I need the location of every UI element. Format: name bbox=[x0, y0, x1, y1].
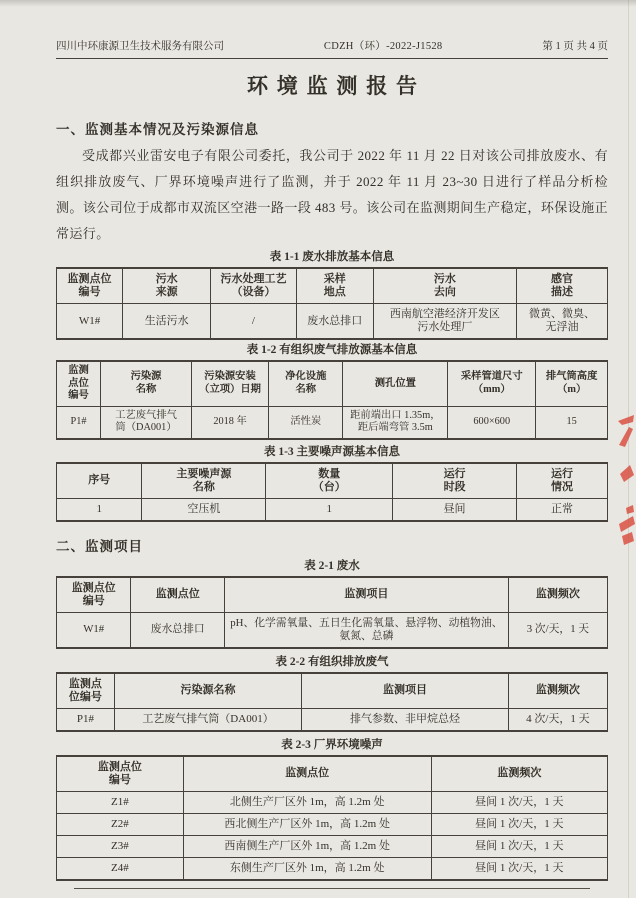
report-title: 环境监测报告 bbox=[56, 72, 608, 100]
table-wastewater-monitoring-items: 监测点位编号监测点位监测项目监测频次W1#废水总排口pH、化学需氧量、五日生化需… bbox=[56, 576, 608, 649]
column-header: 监测点位编号 bbox=[57, 268, 123, 304]
column-header: 监测频次 bbox=[508, 673, 607, 709]
table-cell: Z4# bbox=[57, 857, 184, 880]
table-cell: 排气参数、非甲烷总烃 bbox=[302, 708, 509, 731]
table-row: Z2#西北侧生产厂区外 1m，高 1.2m 处昼间 1 次/天，1 天 bbox=[57, 813, 608, 835]
column-header: 监测点位编号 bbox=[57, 756, 184, 792]
table-2-1-caption: 表 2-1 废水 bbox=[56, 559, 608, 574]
column-header: 污染源名称 bbox=[101, 361, 192, 406]
column-header: 监测点位编号 bbox=[57, 361, 101, 406]
page-header: 四川中环康源卫生技术服务有限公司 CDZH（环）-2022-J1528 第 1 … bbox=[56, 40, 608, 59]
table-cell: 1 bbox=[266, 498, 393, 521]
column-header: 监测点位 bbox=[131, 577, 225, 613]
table-row: Z4#东侧生产厂区外 1m，高 1.2m 处昼间 1 次/天，1 天 bbox=[57, 857, 608, 880]
column-header: 采样地点 bbox=[296, 268, 373, 304]
intro-paragraph: 受成都兴业雷安电子有限公司委托，我公司于 2022 年 11 月 22 日对该公… bbox=[56, 143, 608, 247]
table-cell: 西北侧生产厂区外 1m，高 1.2m 处 bbox=[183, 813, 431, 835]
table-row: W1#生活污水/废水总排口西南航空港经济开发区污水处理厂微黄、微臭、无浮油 bbox=[57, 304, 608, 340]
table-cell: P1# bbox=[57, 708, 115, 731]
header-row: 序号主要噪声源名称数量（台）运行时段运行情况 bbox=[57, 463, 608, 499]
table-organized-exhaust-source-info: 监测点位编号污染源名称污染源安装（立项）日期净化设施名称测孔位置采样管道尺寸（m… bbox=[56, 360, 608, 440]
table-cell: / bbox=[211, 304, 296, 340]
header-row: 监测点位编号污染源名称污染源安装（立项）日期净化设施名称测孔位置采样管道尺寸（m… bbox=[57, 361, 608, 406]
table-row: 1空压机1昼间正常 bbox=[57, 498, 608, 521]
table-cell: 西南侧生产厂区外 1m，高 1.2m 处 bbox=[183, 835, 431, 857]
table-exhaust-monitoring-items: 监测点位编号污染源名称监测项目监测频次P1#工艺废气排气筒（DA001）排气参数… bbox=[56, 672, 608, 732]
section-1-heading: 一、监测基本情况及污染源信息 bbox=[56, 120, 608, 139]
column-header: 污水去向 bbox=[373, 268, 516, 304]
table-cell: Z2# bbox=[57, 813, 184, 835]
table-cell: W1# bbox=[57, 304, 123, 340]
column-header: 感官描述 bbox=[517, 268, 608, 304]
table-cell: 微黄、微臭、无浮油 bbox=[517, 304, 608, 340]
table-row: P1#工艺废气排气筒（DA001）排气参数、非甲烷总烃4 次/天，1 天 bbox=[57, 708, 608, 731]
table-cell: 空压机 bbox=[142, 498, 266, 521]
table-cell: 东侧生产厂区外 1m，高 1.2m 处 bbox=[183, 857, 431, 880]
table-cell: 3 次/天，1 天 bbox=[508, 612, 607, 648]
column-header: 运行时段 bbox=[393, 463, 517, 499]
column-header: 主要噪声源名称 bbox=[142, 463, 266, 499]
column-header: 运行情况 bbox=[517, 463, 608, 499]
column-header: 污染源名称 bbox=[114, 673, 301, 709]
table-cell: 生活污水 bbox=[123, 304, 211, 340]
column-header: 监测点位编号 bbox=[57, 577, 131, 613]
header-company-name: 四川中环康源卫生技术服务有限公司 bbox=[56, 40, 224, 54]
header-page-number: 第 1 页 共 4 页 bbox=[542, 40, 608, 54]
table-cell: 活性炭 bbox=[269, 406, 343, 439]
table-row: P1#工艺废气排气筒（DA001）2018 年活性炭距前端出口 1.35m，距后… bbox=[57, 406, 608, 439]
table-cell: 正常 bbox=[517, 498, 608, 521]
table-cell: 2018 年 bbox=[191, 406, 268, 439]
document-page: 四川中环康源卫生技术服务有限公司 CDZH（环）-2022-J1528 第 1 … bbox=[0, 0, 636, 898]
column-header: 监测点位编号 bbox=[57, 673, 115, 709]
table-cell: 昼间 1 次/天，1 天 bbox=[431, 813, 607, 835]
table-cell: 工艺废气排气筒（DA001） bbox=[101, 406, 192, 439]
column-header: 污水处理工艺（设备） bbox=[211, 268, 296, 304]
column-header: 排气筒高度（m） bbox=[536, 361, 608, 406]
table-cell: pH、化学需氧量、五日生化需氧量、悬浮物、动植物油、氨氮、总磷 bbox=[225, 612, 509, 648]
table-cell: 1 bbox=[57, 498, 142, 521]
table-cell: 废水总排口 bbox=[296, 304, 373, 340]
table-cell: 距前端出口 1.35m，距后端弯管 3.5m bbox=[343, 406, 448, 439]
column-header: 数量（台） bbox=[266, 463, 393, 499]
table-1-3-caption: 表 1-3 主要噪声源基本信息 bbox=[56, 445, 608, 460]
table-cell: W1# bbox=[57, 612, 131, 648]
table-main-noise-source-info: 序号主要噪声源名称数量（台）运行时段运行情况1空压机1昼间正常 bbox=[56, 462, 608, 522]
table-boundary-noise-monitoring: 监测点位编号监测点位监测频次Z1#北侧生产厂区外 1m，高 1.2m 处昼间 1… bbox=[56, 755, 608, 881]
column-header: 净化设施名称 bbox=[269, 361, 343, 406]
column-header: 采样管道尺寸（mm） bbox=[448, 361, 536, 406]
column-header: 监测项目 bbox=[302, 673, 509, 709]
column-header: 污水来源 bbox=[123, 268, 211, 304]
table-cell: 4 次/天，1 天 bbox=[508, 708, 607, 731]
table-cell: P1# bbox=[57, 406, 101, 439]
table-cell: 昼间 1 次/天，1 天 bbox=[431, 791, 607, 813]
column-header: 污染源安装（立项）日期 bbox=[191, 361, 268, 406]
table-cell: 600×600 bbox=[448, 406, 536, 439]
table-cell: 昼间 1 次/天，1 天 bbox=[431, 835, 607, 857]
column-header: 监测点位 bbox=[183, 756, 431, 792]
table-cell: 15 bbox=[536, 406, 608, 439]
table-1-1-caption: 表 1-1 废水排放基本信息 bbox=[56, 250, 608, 265]
table-cell: 西南航空港经济开发区污水处理厂 bbox=[373, 304, 516, 340]
column-header: 监测频次 bbox=[431, 756, 607, 792]
table-wastewater-discharge-info: 监测点位编号污水来源污水处理工艺（设备）采样地点污水去向感官描述W1#生活污水/… bbox=[56, 267, 608, 340]
table-2-3-caption: 表 2-3 厂界环境噪声 bbox=[56, 738, 608, 753]
table-cell: 昼间 1 次/天，1 天 bbox=[431, 857, 607, 880]
table-2-2-caption: 表 2-2 有组织排放废气 bbox=[56, 655, 608, 670]
column-header: 测孔位置 bbox=[343, 361, 448, 406]
table-row: W1#废水总排口pH、化学需氧量、五日生化需氧量、悬浮物、动植物油、氨氮、总磷3… bbox=[57, 612, 608, 648]
column-header: 监测项目 bbox=[225, 577, 509, 613]
table-cell: 北侧生产厂区外 1m，高 1.2m 处 bbox=[183, 791, 431, 813]
header-document-number: CDZH（环）-2022-J1528 bbox=[324, 40, 443, 54]
header-row: 监测点位编号污染源名称监测项目监测频次 bbox=[57, 673, 608, 709]
table-cell: 工艺废气排气筒（DA001） bbox=[114, 708, 301, 731]
section-2-heading: 二、监测项目 bbox=[56, 537, 608, 556]
column-header: 监测频次 bbox=[508, 577, 607, 613]
header-row: 监测点位编号污水来源污水处理工艺（设备）采样地点污水去向感官描述 bbox=[57, 268, 608, 304]
table-cell: Z3# bbox=[57, 835, 184, 857]
footer-divider bbox=[74, 888, 590, 889]
table-row: Z3#西南侧生产厂区外 1m，高 1.2m 处昼间 1 次/天，1 天 bbox=[57, 835, 608, 857]
table-1-2-caption: 表 1-2 有组织废气排放源基本信息 bbox=[56, 343, 608, 358]
table-row: Z1#北侧生产厂区外 1m，高 1.2m 处昼间 1 次/天，1 天 bbox=[57, 791, 608, 813]
header-row: 监测点位编号监测点位监测项目监测频次 bbox=[57, 577, 608, 613]
table-cell: Z1# bbox=[57, 791, 184, 813]
header-row: 监测点位编号监测点位监测频次 bbox=[57, 756, 608, 792]
column-header: 序号 bbox=[57, 463, 142, 499]
page-content: 四川中环康源卫生技术服务有限公司 CDZH（环）-2022-J1528 第 1 … bbox=[0, 0, 636, 889]
table-cell: 废水总排口 bbox=[131, 612, 225, 648]
table-cell: 昼间 bbox=[393, 498, 517, 521]
